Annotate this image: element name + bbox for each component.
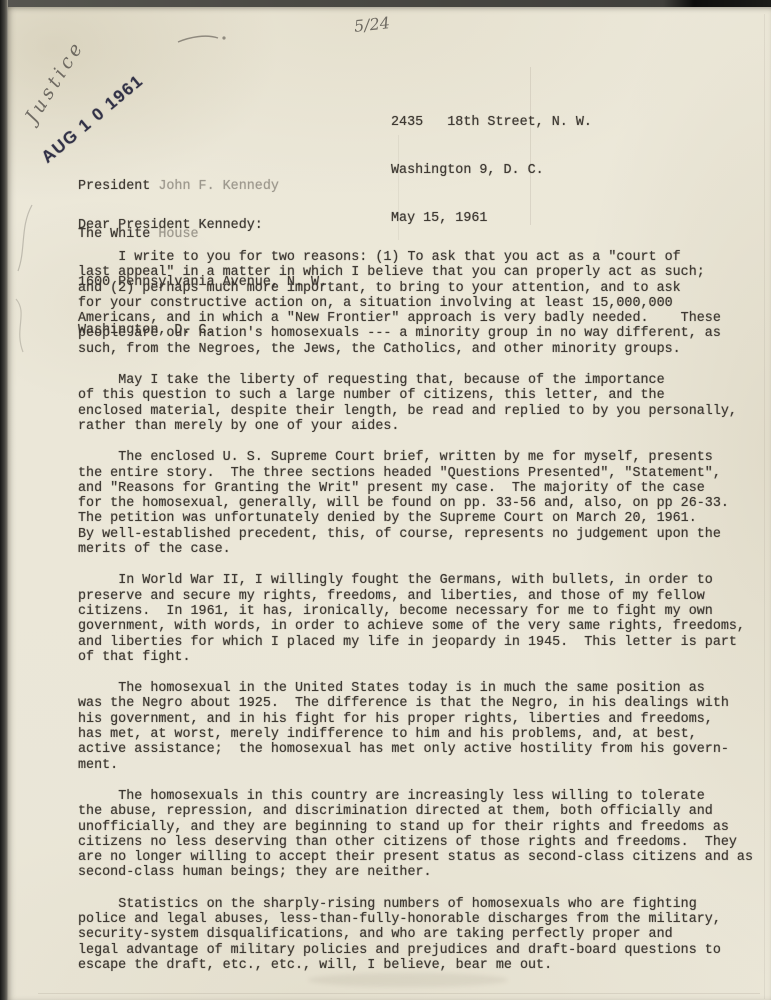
paragraph-2: May I take the liberty of requesting tha…	[78, 373, 770, 434]
scan-edge-top	[0, 0, 771, 7]
letter-date: May 15, 1961	[391, 211, 592, 227]
recipient-name: John F. Kennedy	[158, 179, 279, 194]
paragraph-3: The enclosed U. S. Supreme Court brief, …	[78, 450, 770, 557]
pencil-squiggle-mark	[176, 31, 230, 47]
paragraph-4: In World War II, I willingly fought the …	[78, 573, 770, 665]
paper-crease-horizontal	[38, 993, 760, 994]
scan-edge-left	[0, 0, 8, 1000]
sender-street: 2435 18th Street, N. W.	[391, 115, 592, 131]
salutation: Dear President Kennedy:	[78, 218, 263, 233]
handwritten-date-note: 5/24	[353, 13, 391, 36]
recipient-title: President	[78, 179, 158, 194]
paragraph-7: Statistics on the sharply-rising numbers…	[78, 897, 770, 973]
sender-address-block: 2435 18th Street, N. W. Washington 9, D.…	[391, 83, 592, 259]
letter-body: I write to you for two reasons: (1) To a…	[78, 250, 770, 989]
letter-paper: Justice AUG 1 0 1961 5/24 2435 18th Stre…	[8, 7, 771, 1000]
paragraph-6: The homosexuals in this country are incr…	[78, 789, 770, 881]
sender-city: Washington 9, D. C.	[391, 163, 592, 179]
paragraph-5: The homosexual in the United States toda…	[78, 681, 770, 773]
recipient-line-president: President John F. Kennedy	[78, 179, 327, 195]
pencil-edge-scribbles	[10, 197, 42, 362]
paragraph-1: I write to you for two reasons: (1) To a…	[78, 250, 770, 357]
letter-scan: Justice AUG 1 0 1961 5/24 2435 18th Stre…	[0, 0, 771, 1000]
